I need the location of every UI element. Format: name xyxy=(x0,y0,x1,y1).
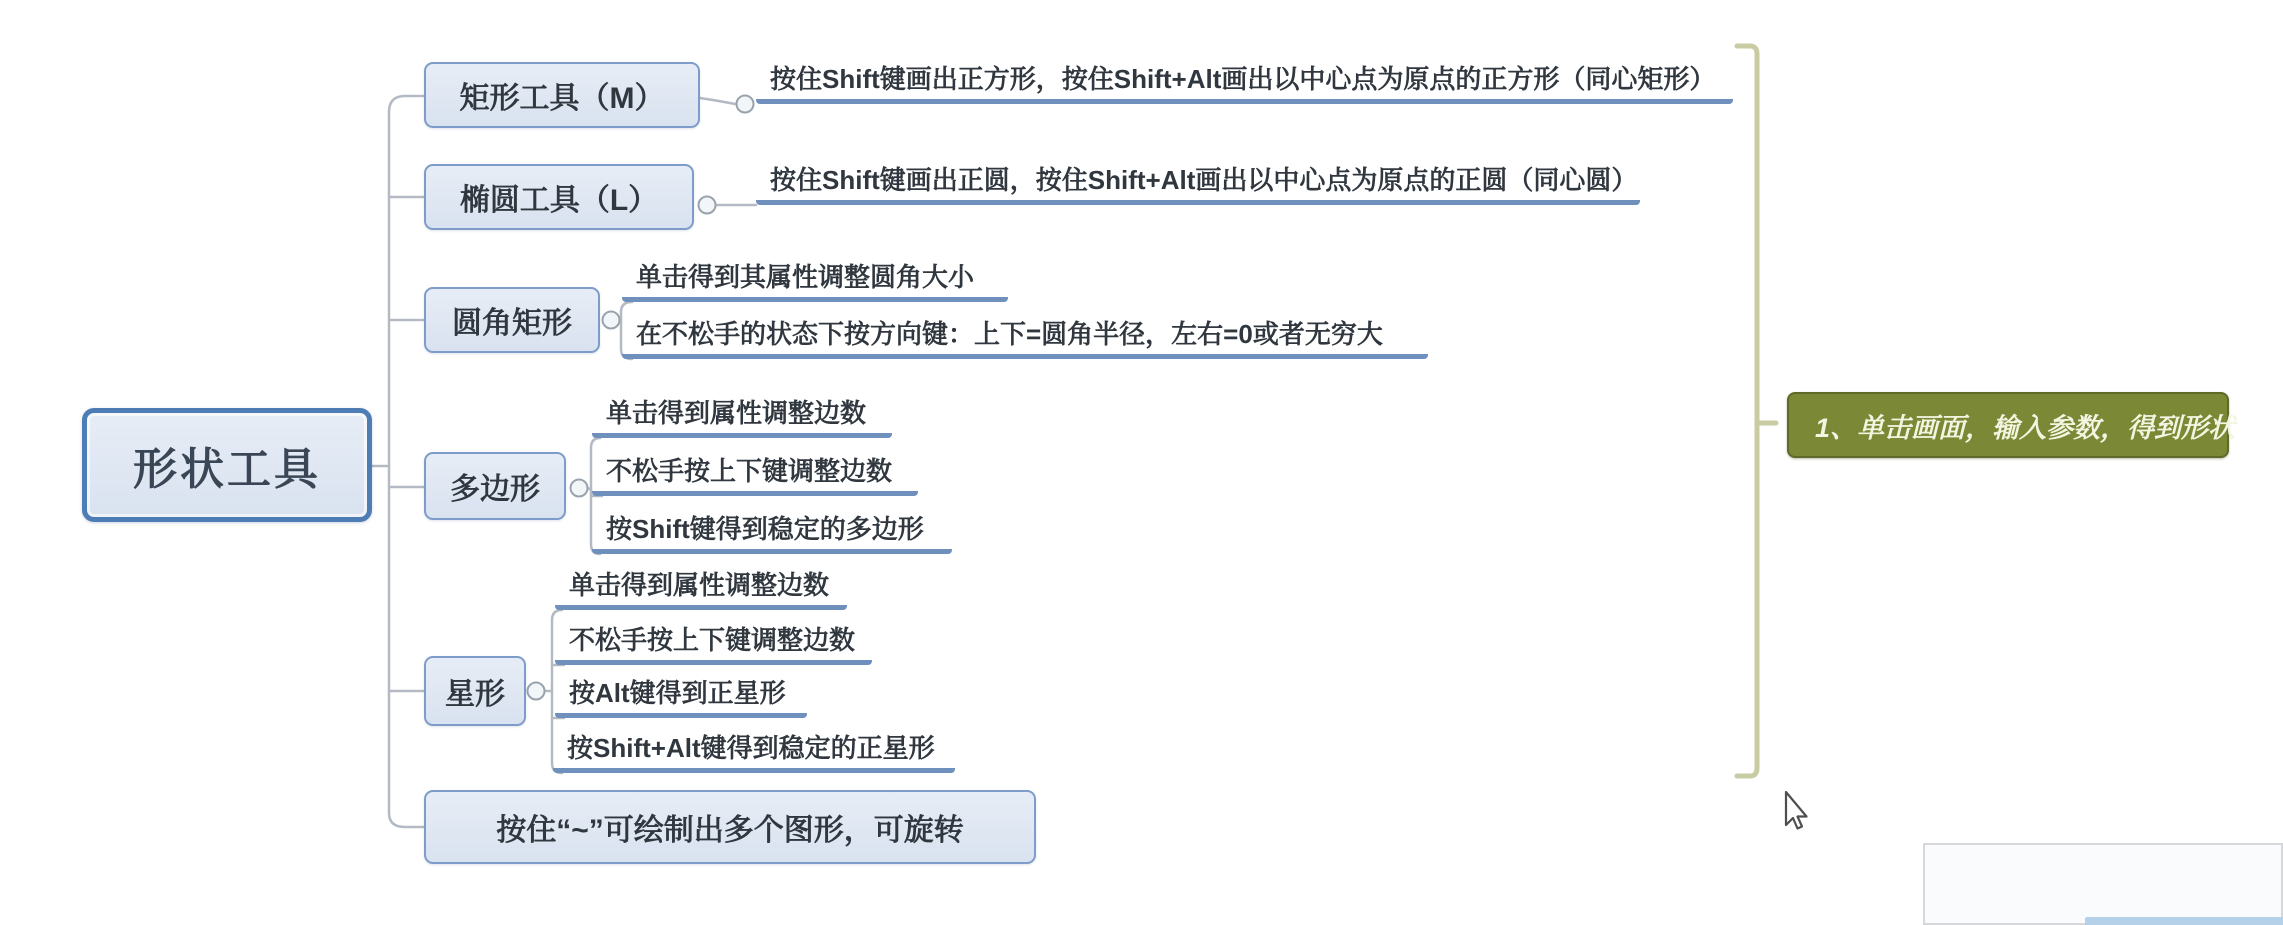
rect-note-stub xyxy=(700,98,735,104)
topic-rounded-rectangle[interactable]: 圆角矩形 xyxy=(424,287,600,353)
note-rectangle-shift[interactable]: 按住Shift键画出正方形，按住Shift+Alt画出以中心点为原点的正方形（同… xyxy=(756,60,1733,104)
topic-star[interactable]: 星形 xyxy=(424,656,526,726)
topic-rectangle-tool[interactable]: 矩形工具（M） xyxy=(424,62,700,128)
mindmap-canvas: 形状工具 矩形工具（M） 椭圆工具（L） 圆角矩形 多边形 星形 按住“~”可绘… xyxy=(0,0,2283,925)
topic-polygon[interactable]: 多边形 xyxy=(424,452,566,520)
polygon-handle-stub xyxy=(588,488,591,490)
note-star-arrows[interactable]: 不松手按上下键调整边数 xyxy=(555,621,872,665)
collapse-handle-rounded[interactable] xyxy=(603,312,620,329)
note-polygon-shift[interactable]: 按Shift键得到稳定的多边形 xyxy=(592,510,952,554)
root-topic-shape-tools[interactable]: 形状工具 xyxy=(82,408,372,522)
note-rounded-click[interactable]: 单击得到其属性调整圆角大小 xyxy=(622,258,1008,302)
note-star-shift-alt[interactable]: 按Shift+Alt键得到稳定的正星形 xyxy=(553,729,955,773)
collapse-handle-rect[interactable] xyxy=(737,96,754,113)
mouse-cursor-icon xyxy=(1786,792,1807,829)
corner-popup-panel xyxy=(1923,843,2283,925)
collapse-handle-polygon[interactable] xyxy=(571,480,588,497)
note-ellipse-shift[interactable]: 按住Shift键画出正圆，按住Shift+Alt画出以中心点为原点的正圆（同心圆… xyxy=(756,161,1640,205)
note-rounded-arrows[interactable]: 在不松手的状态下按方向键：上下=圆角半径，左右=0或者无穷大 xyxy=(622,315,1428,359)
elbow-tilde xyxy=(389,813,424,827)
collapse-handle-ellipse[interactable] xyxy=(699,197,716,214)
note-polygon-click[interactable]: 单击得到属性调整边数 xyxy=(592,394,892,438)
note-star-alt[interactable]: 按Alt键得到正星形 xyxy=(555,674,807,718)
summary-callout[interactable]: 1、单击画面，输入参数，得到形状 xyxy=(1787,392,2229,458)
note-polygon-arrows[interactable]: 不松手按上下键调整边数 xyxy=(592,452,918,496)
corner-panel-blue-bar xyxy=(2085,917,2283,925)
summary-bracket xyxy=(1737,46,1757,776)
topic-ellipse-tool[interactable]: 椭圆工具（L） xyxy=(424,164,694,230)
collapse-handle-star[interactable] xyxy=(528,683,545,700)
topic-tilde-multi-shapes[interactable]: 按住“~”可绘制出多个图形，可旋转 xyxy=(424,790,1036,864)
elbow-rect xyxy=(389,96,424,112)
note-star-click[interactable]: 单击得到属性调整边数 xyxy=(555,566,847,610)
